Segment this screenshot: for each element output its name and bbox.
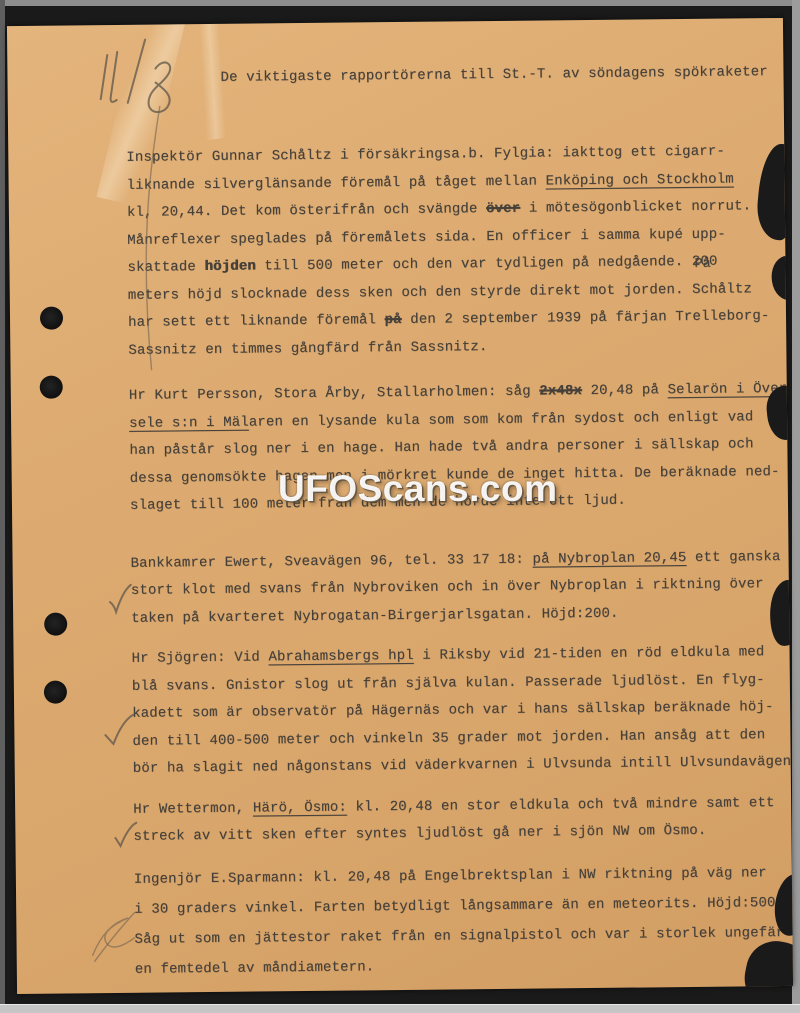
paragraph: Inspektör Gunnar Schåltz i försäkringsa.… — [126, 138, 793, 365]
paragraph: Bankkamrer Ewert, Sveavägen 96, tel. 33 … — [130, 543, 793, 633]
hole-punch — [44, 680, 67, 703]
paragraph: Ingenjör E.Sparmann: kl. 20,48 på Engelb… — [134, 857, 793, 984]
scanner-strip-top — [0, 0, 800, 6]
scanner-strip-left — [0, 0, 5, 1013]
typed-line: streck av vitt sken efter syntes ljudlös… — [133, 817, 793, 852]
scanner-strip-bottom — [0, 1004, 800, 1013]
watermark: UFOScans.com — [278, 468, 557, 510]
paragraph: Hr Wettermon, Härö, Ösmo: kl. 20,48 en s… — [133, 789, 793, 851]
handwritten-checkmark — [105, 715, 133, 744]
typed-text: Inspektör Gunnar Schåltz i försäkringsa.… — [126, 138, 793, 994]
handwritten-checkmark — [110, 585, 131, 612]
paragraph: Hr Sjögren: Vid Abrahamsbergs hpl i Riks… — [131, 639, 793, 784]
scanner-strip-right — [792, 0, 800, 1013]
page-title: De viktigaste rapportörerna till St.-T. … — [220, 64, 767, 86]
hole-punch — [40, 376, 63, 399]
hole-punch — [40, 307, 63, 330]
handwritten-scribble — [92, 913, 135, 961]
scan-background: { "scan": { "watermark": "UFOScans.com",… — [0, 0, 800, 1013]
interline-insertion: På — [694, 257, 710, 272]
hole-punch — [44, 612, 67, 635]
typed-line: bör ha slagit ned någonstans vid väderkv… — [133, 749, 793, 784]
